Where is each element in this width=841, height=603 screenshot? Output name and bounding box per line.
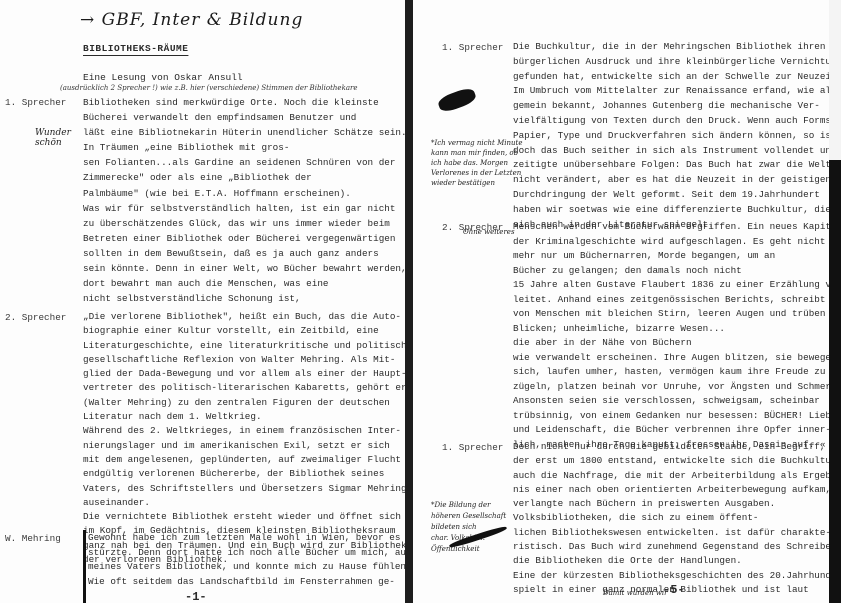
text-line: glied der Dada-Bewegung und vor allem al… xyxy=(83,367,405,381)
text-line: mehr nur um Büchernarren, Morde begangen… xyxy=(513,249,829,264)
text-line: In Träumen „eine Bibliothek mit gros- xyxy=(83,140,405,155)
document-title: BIBLIOTHEKS-RÄUME xyxy=(83,43,188,54)
text-block: Doch nicht nur durch die gebildeten Stän… xyxy=(513,440,829,597)
text-line: Eine der kürzesten Bibliotheksgeschichte… xyxy=(513,569,829,583)
text-line: biographie einer Kultur vorstellt, ein Z… xyxy=(83,324,405,338)
text-line: Palmbäume" (wie bei E.T.A. Hoffmann ersc… xyxy=(83,186,405,201)
text-line: Bücher zu gelangen; den damals noch nich… xyxy=(513,264,829,279)
text-line: bürgerlichen Ausdruck und ihre kleinbürg… xyxy=(513,55,829,70)
text-line: sollten in dem Bewußtsein, daß es ja auc… xyxy=(83,246,405,261)
text-line: haben wir soetwas wie eine differenziert… xyxy=(513,203,829,218)
text-line: 15 Jahre alten Gustave Flaubert 1836 zu … xyxy=(513,278,829,293)
handwritten-header: → GBF, Inter & Bildung xyxy=(80,10,303,30)
text-line: Ansonsten seien sie verschlossen, schwei… xyxy=(513,394,829,409)
document-subtitle: Eine Lesung von Oskar Ansull xyxy=(83,72,243,83)
text-line: Die Buchkultur, die in der Mehringschen … xyxy=(513,40,829,55)
text-line: die Bibliotheken die Orte der Handlungen… xyxy=(513,554,829,568)
text-line: Literaturgeschichte, eine literaturkriti… xyxy=(83,339,405,353)
text-line: Blicken; unheimliche, bizarre Wesen... xyxy=(513,322,829,337)
text-line: Vaters, des Schriftstellers und Übersetz… xyxy=(83,482,405,496)
text-line: leitet. Anhand eines zeitgenössischen Be… xyxy=(513,293,829,308)
margin-bracket xyxy=(83,530,86,603)
text-line: gesellschaftliche Reflexion von Walter M… xyxy=(83,353,405,367)
text-line: trübsinnig, von einem Gedanken nur beses… xyxy=(513,409,829,424)
text-line: Bibliotheken sind merkwürdige Orte. Noch… xyxy=(83,95,405,110)
text-line: läßt eine Bibliotnekarin Hüterin unendli… xyxy=(83,125,405,140)
page-number: -5- xyxy=(663,583,685,597)
text-line: zeitigte unübersehbare Folgen: Das Buch … xyxy=(513,158,829,173)
footer-handwritten-note: Damit würden wir xyxy=(603,588,667,598)
text-line: (Walter Mehring) zu den zentralen Figure… xyxy=(83,396,405,410)
margin-note: *Ich vermag nicht Minute kann man mir fi… xyxy=(431,138,522,188)
text-line: wie verwandelt erscheinen. Ihre Augen bl… xyxy=(513,351,829,366)
text-line: Volksbibliotheken, die sich zu einem öff… xyxy=(513,511,829,525)
text-line: Was wir für selbstverständlich halten, i… xyxy=(83,201,405,216)
text-line: sein könnte. Denn in einer Welt, wo Büch… xyxy=(83,261,405,276)
text-line: nis einer nach oben orientierten Arbeite… xyxy=(513,483,829,497)
text-line: zügeln, platzen beinah vor Unruhe, vor Ä… xyxy=(513,380,829,395)
text-line: Während des 2. Weltkrieges, in einem fra… xyxy=(83,424,405,438)
text-line: Die vernichtete Bibliothek ersteht wiede… xyxy=(83,510,405,524)
text-line: und Leidenschaft, die Bücher verbrennen … xyxy=(513,423,829,438)
text-line: verlangte nach Büchern in preiswerten Au… xyxy=(513,497,829,511)
text-line: Zimmerecke" oder als eine „Bibliothek de… xyxy=(83,170,405,185)
text-block: „Die verlorene Bibliothek", heißt ein Bu… xyxy=(83,310,405,567)
text-line: nierungslager und im amerikanischen Exil… xyxy=(83,439,405,453)
text-line: stürzte. Denn dort hatte ich noch alle B… xyxy=(88,546,405,561)
text-line: sen Folianten...als Gardine an seidenen … xyxy=(83,155,405,170)
left-page: → GBF, Inter & Bildung BIBLIOTHEKS-RÄUME… xyxy=(0,0,405,603)
text-line: Im Umbruch vom Mittelalter zur Renaissan… xyxy=(513,84,829,99)
text-line: sich, laufen umher, hasten, vermögen kau… xyxy=(513,365,829,380)
text-line: vertreter des politisch-literarischen Ka… xyxy=(83,381,405,395)
page-number: -1- xyxy=(185,590,207,603)
text-line: nicht verändert, aber es hat die Neuzeit… xyxy=(513,173,829,188)
text-line: die aber in der Nähe von Büchern xyxy=(513,336,829,351)
text-line: dort bewahrt man auch die Menschen, was … xyxy=(83,276,405,291)
speaker-label: 1. Sprecher xyxy=(5,97,66,108)
text-line: Doch nicht nur durch die gebildeten Stän… xyxy=(513,440,829,454)
subtitle-handwritten-note: (ausdrücklich 2 Sprecher !) wie z.B. hie… xyxy=(60,84,357,92)
page-gutter xyxy=(405,0,413,603)
text-line: gemein bekannt, Johannes Gutenberg die m… xyxy=(513,99,829,114)
scribble-mark xyxy=(436,86,477,114)
text-line: doch das Buch seither in sich als Instru… xyxy=(513,144,829,159)
text-line: meines Vaters Bibliothek, und konnte mic… xyxy=(88,560,405,575)
text-line: der erst um 1800 entstand, entwickelte s… xyxy=(513,454,829,468)
text-line: von Menschen mit bleichen Stirn, leeren … xyxy=(513,307,829,322)
margin-note: Wunder schön xyxy=(35,128,71,148)
speaker-label: 2. Sprecher xyxy=(442,222,503,233)
text-line: auch die Nachfrage, die mit der Arbeiter… xyxy=(513,469,829,483)
text-line: vielfältigung von Texten durch den Druck… xyxy=(513,114,829,129)
text-line: lichen Bibliothekswesen entwickelten. is… xyxy=(513,526,829,540)
text-line: Menschen werden vom Bücherwahn ergriffen… xyxy=(513,220,829,235)
text-line: Gewohnt habe ich zum letzten Male wohl i… xyxy=(88,531,405,546)
text-line: nicht selbstverständliche Schonung ist, xyxy=(83,291,405,306)
text-line: mit dem angelesenen, geplünderten, auf z… xyxy=(83,453,405,467)
text-line: gefunden hat, entwickelte sich an der Sc… xyxy=(513,70,829,85)
right-page: *Ich vermag nicht Minute kann man mir fi… xyxy=(413,0,829,603)
text-line: „Die verlorene Bibliothek", heißt ein Bu… xyxy=(83,310,405,324)
speaker-label: 1. Sprecher xyxy=(442,442,503,453)
text-line: endgültig verlorenen Büchererbe, der Bib… xyxy=(83,467,405,481)
scan-edge-shadow xyxy=(829,160,841,603)
text-block: Gewohnt habe ich zum letzten Male wohl i… xyxy=(88,531,405,589)
text-block: Menschen werden vom Bücherwahn ergriffen… xyxy=(513,220,829,452)
text-line: zu überschätzendes Glück, das wir uns im… xyxy=(83,216,405,231)
scan-edge xyxy=(829,0,841,160)
text-line: Wie oft seitdem das Landschaftbild im Fe… xyxy=(88,575,405,590)
text-block: Die Buchkultur, die in der Mehringschen … xyxy=(513,40,829,232)
speaker-label: 2. Sprecher xyxy=(5,312,66,323)
text-line: Bücherei verwandelt den empfindsamen Ben… xyxy=(83,110,405,125)
text-line: Papier, Type und Druckverfahren sich änd… xyxy=(513,129,829,144)
text-line: auseinander. xyxy=(83,496,405,510)
text-block: Bibliotheken sind merkwürdige Orte. Noch… xyxy=(83,95,405,306)
text-line: Durchdringung der Welt geformt. Seit dem… xyxy=(513,188,829,203)
speaker-label: 1. Sprecher xyxy=(442,42,503,53)
text-line: ristisch. Das Buch wird zunehmend Gegens… xyxy=(513,540,829,554)
text-line: Literatur nach dem 1. Weltkrieg. xyxy=(83,410,405,424)
text-line: Betreten einer Bibliothek oder Bücherei … xyxy=(83,231,405,246)
text-line: der Kriminalgeschichte wird aufgeschlage… xyxy=(513,235,829,250)
speaker-label: W. Mehring xyxy=(5,533,61,544)
